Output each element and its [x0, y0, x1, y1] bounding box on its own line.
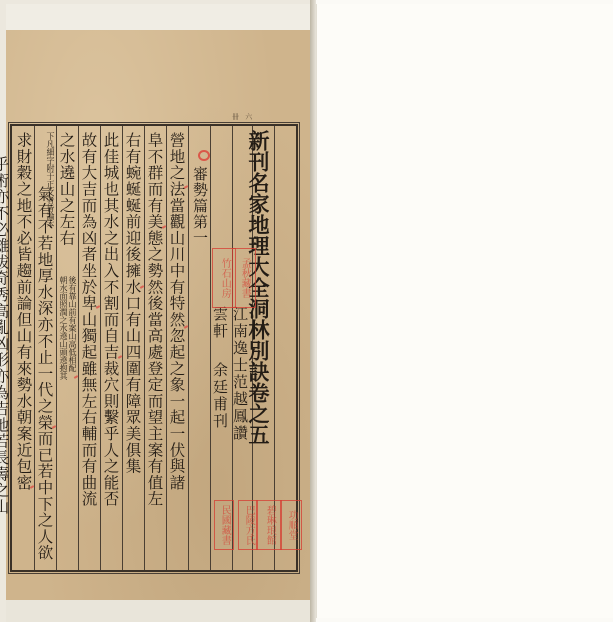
annotation-small-3: 下凡細字附于正文者皆論本 — [46, 132, 54, 228]
paper-top-margin — [6, 4, 310, 30]
column-rule — [122, 126, 123, 570]
body-column-5: 故有大吉而為凶者坐於卑山獨起雖無左右輔而有曲流 — [80, 132, 96, 507]
left-page: 卌 六 新刊名家地理大全洞林別訣卷之五 江南逸士范越鳳讚 雲軒 余廷甫刊 — [0, 0, 314, 622]
column-rule — [188, 126, 189, 570]
body-column-4: 此佳城也其水之出入不割而自吉裁穴則繫乎人之能否 — [102, 132, 118, 507]
column-rule — [56, 126, 57, 570]
right-page — [316, 0, 613, 622]
seal-stamp: 孟秋藏書 — [232, 248, 256, 308]
red-circle-mark — [198, 150, 210, 161]
body-column-6: 之水遶山之左右 — [58, 132, 74, 246]
body-column-2: 阜不群而有美態之勢然後當高處登定而望主案有值左 — [146, 132, 162, 507]
paper-bottom-margin — [6, 600, 310, 622]
column-rule — [34, 126, 35, 570]
column-rule — [144, 126, 145, 570]
seal-stamp: 功順堂 — [280, 500, 302, 550]
column-rule — [78, 126, 79, 570]
scan-frame: 卌 六 新刊名家地理大全洞林別訣卷之五 江南逸士范越鳳讚 雲軒 余廷甫刊 — [0, 0, 613, 622]
column-rule — [100, 126, 101, 570]
seal-stamp: 民國藏書 — [214, 500, 234, 550]
body-column-9: 乎術亦不必雄拔奇秀高亂凶形亦為吉地若長壽之山 — [0, 156, 8, 515]
publisher-prefix: 雲軒 — [212, 306, 227, 340]
body-column-8: 求財穀之地不必皆趨前論但山有來勢水朝案近包密 — [15, 132, 31, 491]
margin-note: 卌 六 — [232, 112, 254, 122]
seal-stamp: 碧琳琅館 — [256, 500, 282, 550]
body-column-7: 氣有不若地厚水深亦不止一代之榮而已若中下之人欲 — [36, 186, 52, 561]
publisher-name: 余廷甫刊 — [212, 362, 227, 430]
annotation-small-1: 後有靠山前有案山高低相配 — [68, 276, 76, 372]
annotation-small-2: 朝水面照潤之水遶山頭遶抱其 — [59, 276, 67, 380]
column-rule — [166, 126, 167, 570]
column-rule — [210, 126, 211, 570]
author-line: 江南逸士范越鳳讚 — [232, 306, 247, 442]
body-column-3: 右有蜿蜒蜒前迎後擁水口有山四圍有障眾美俱集 — [124, 132, 140, 474]
chapter-heading: 審勢篇第一 — [192, 166, 207, 246]
seal-stamp: 巴陵方氏 — [238, 500, 258, 550]
body-column-1: 營地之法當觀山川中有特然忽起之象一起一伏與諸 — [168, 132, 184, 491]
blank-page — [316, 4, 613, 618]
